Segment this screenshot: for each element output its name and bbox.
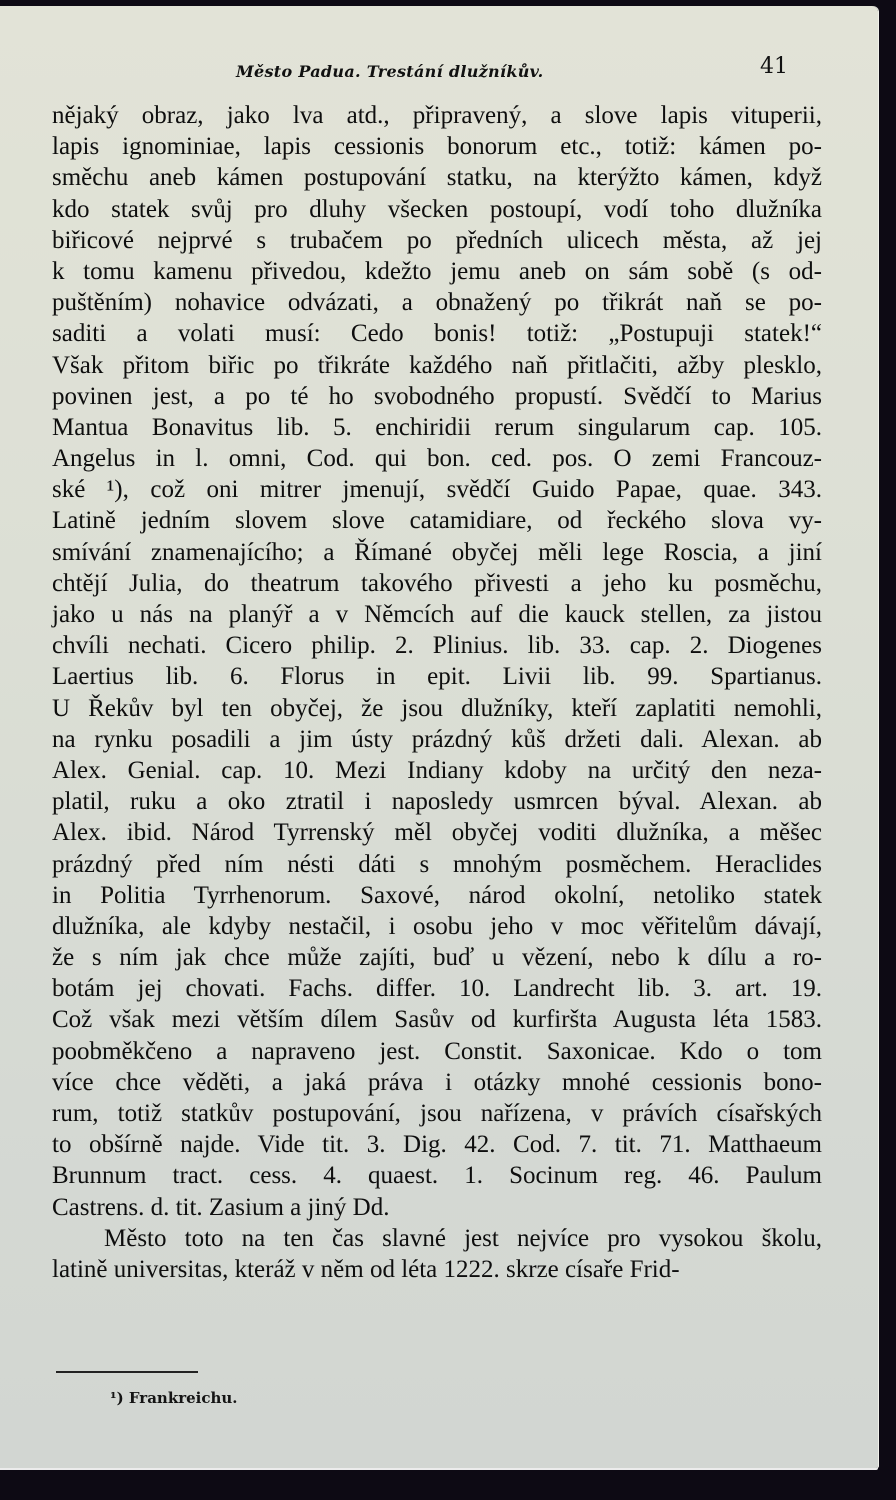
running-head-title: Město Padua. Trestání dlužníkův. xyxy=(236,62,544,81)
text-line: latině universitas, kteráž v něm od léta… xyxy=(52,1254,822,1285)
text-line: na rynku posadili a jim ústy prázdný kůš… xyxy=(52,724,822,755)
running-head: Město Padua. Trestání dlužníkův. 41 xyxy=(236,54,796,84)
text-line: in Politia Tyrrhenorum. Saxové, národ ok… xyxy=(52,880,822,911)
text-line: nějaký obraz, jako lva atd., připravený,… xyxy=(52,100,822,131)
text-line: Mantua Bonavitus lib. 5. enchiridii reru… xyxy=(52,412,822,443)
text-line: rum, totiž statkův postupování, jsou nař… xyxy=(52,1098,822,1129)
text-line: dlužníka, ale kdyby nestačil, i osobu je… xyxy=(52,911,822,942)
text-line: U Řekův byl ten obyčej, že jsou dlužníky… xyxy=(52,693,822,724)
text-line: Brunnum tract. cess. 4. quaest. 1. Socin… xyxy=(52,1160,822,1191)
footnote: ¹) Frankreichu. xyxy=(110,1389,238,1407)
text-line: saditi a volati musí: Cedo bonis! totiž:… xyxy=(52,318,822,349)
text-line: smívání znamenajícího; a Římané obyčej m… xyxy=(52,537,822,568)
body-text: nějaký obraz, jako lva atd., připravený,… xyxy=(52,100,822,1285)
text-line: směchu aneb kámen postupování statku, na… xyxy=(52,162,822,193)
footnote-text: Frankreichu. xyxy=(129,1389,238,1407)
text-line: povinen jest, a po té ho svobodného prop… xyxy=(52,381,822,412)
text-line: Město toto na ten čas slavné jest nejvíc… xyxy=(52,1223,822,1254)
text-line: Angelus in l. omni, Cod. qui bon. ced. p… xyxy=(52,443,822,474)
text-line: to obšírně najde. Vide tit. 3. Dig. 42. … xyxy=(52,1129,822,1160)
text-line: jako u nás na planýř a v Němcích auf die… xyxy=(52,599,822,630)
text-line: že s ním jak chce může zajíti, buď u věz… xyxy=(52,942,822,973)
text-line: Což však mezi větším dílem Sasův od kurf… xyxy=(52,1004,822,1035)
text-line: chtějí Julia, do theatrum takového přive… xyxy=(52,568,822,599)
text-line: Laertius lib. 6. Florus in epit. Livii l… xyxy=(52,661,822,692)
text-line: puštěním) nohavice odvázati, a obnažený … xyxy=(52,287,822,318)
text-line: kdo statek svůj pro dluhy všecken postou… xyxy=(52,194,822,225)
text-line: botám jej chovati. Fachs. differ. 10. La… xyxy=(52,973,822,1004)
text-line: platil, ruku a oko ztratil i naposledy u… xyxy=(52,786,822,817)
text-line: poobměkčeno a napraveno jest. Constit. S… xyxy=(52,1036,822,1067)
page-number: 41 xyxy=(760,54,788,79)
text-line: více chce věděti, a jaká práva i otázky … xyxy=(52,1067,822,1098)
text-line: biřicové nejprvé s trubačem po předních … xyxy=(52,225,822,256)
footnote-marker: ¹) xyxy=(110,1389,124,1407)
text-line: Alex. ibid. Národ Tyrrenský měl obyčej v… xyxy=(52,817,822,848)
text-line: prázdný před ním nésti dáti s mnohým pos… xyxy=(52,849,822,880)
text-line: Latině jedním slovem slove catamidiare, … xyxy=(52,505,822,536)
text-line: chvíli nechati. Cicero philip. 2. Pliniu… xyxy=(52,630,822,661)
text-line: Alex. Genial. cap. 10. Mezi Indiany kdob… xyxy=(52,755,822,786)
text-line: Však přitom biřic po třikráte každého na… xyxy=(52,350,822,381)
text-line: lapis ignominiae, lapis cessionis bonoru… xyxy=(52,131,822,162)
text-line: ské ¹), což oni mitrer jmenují, svědčí G… xyxy=(52,474,822,505)
text-line: Castrens. d. tit. Zasium a jiný Dd. xyxy=(52,1192,822,1223)
book-page: Město Padua. Trestání dlužníkův. 41 něja… xyxy=(0,6,878,1468)
footnote-divider xyxy=(56,1371,198,1373)
text-line: k tomu kamenu přivedou, kdežto jemu aneb… xyxy=(52,256,822,287)
